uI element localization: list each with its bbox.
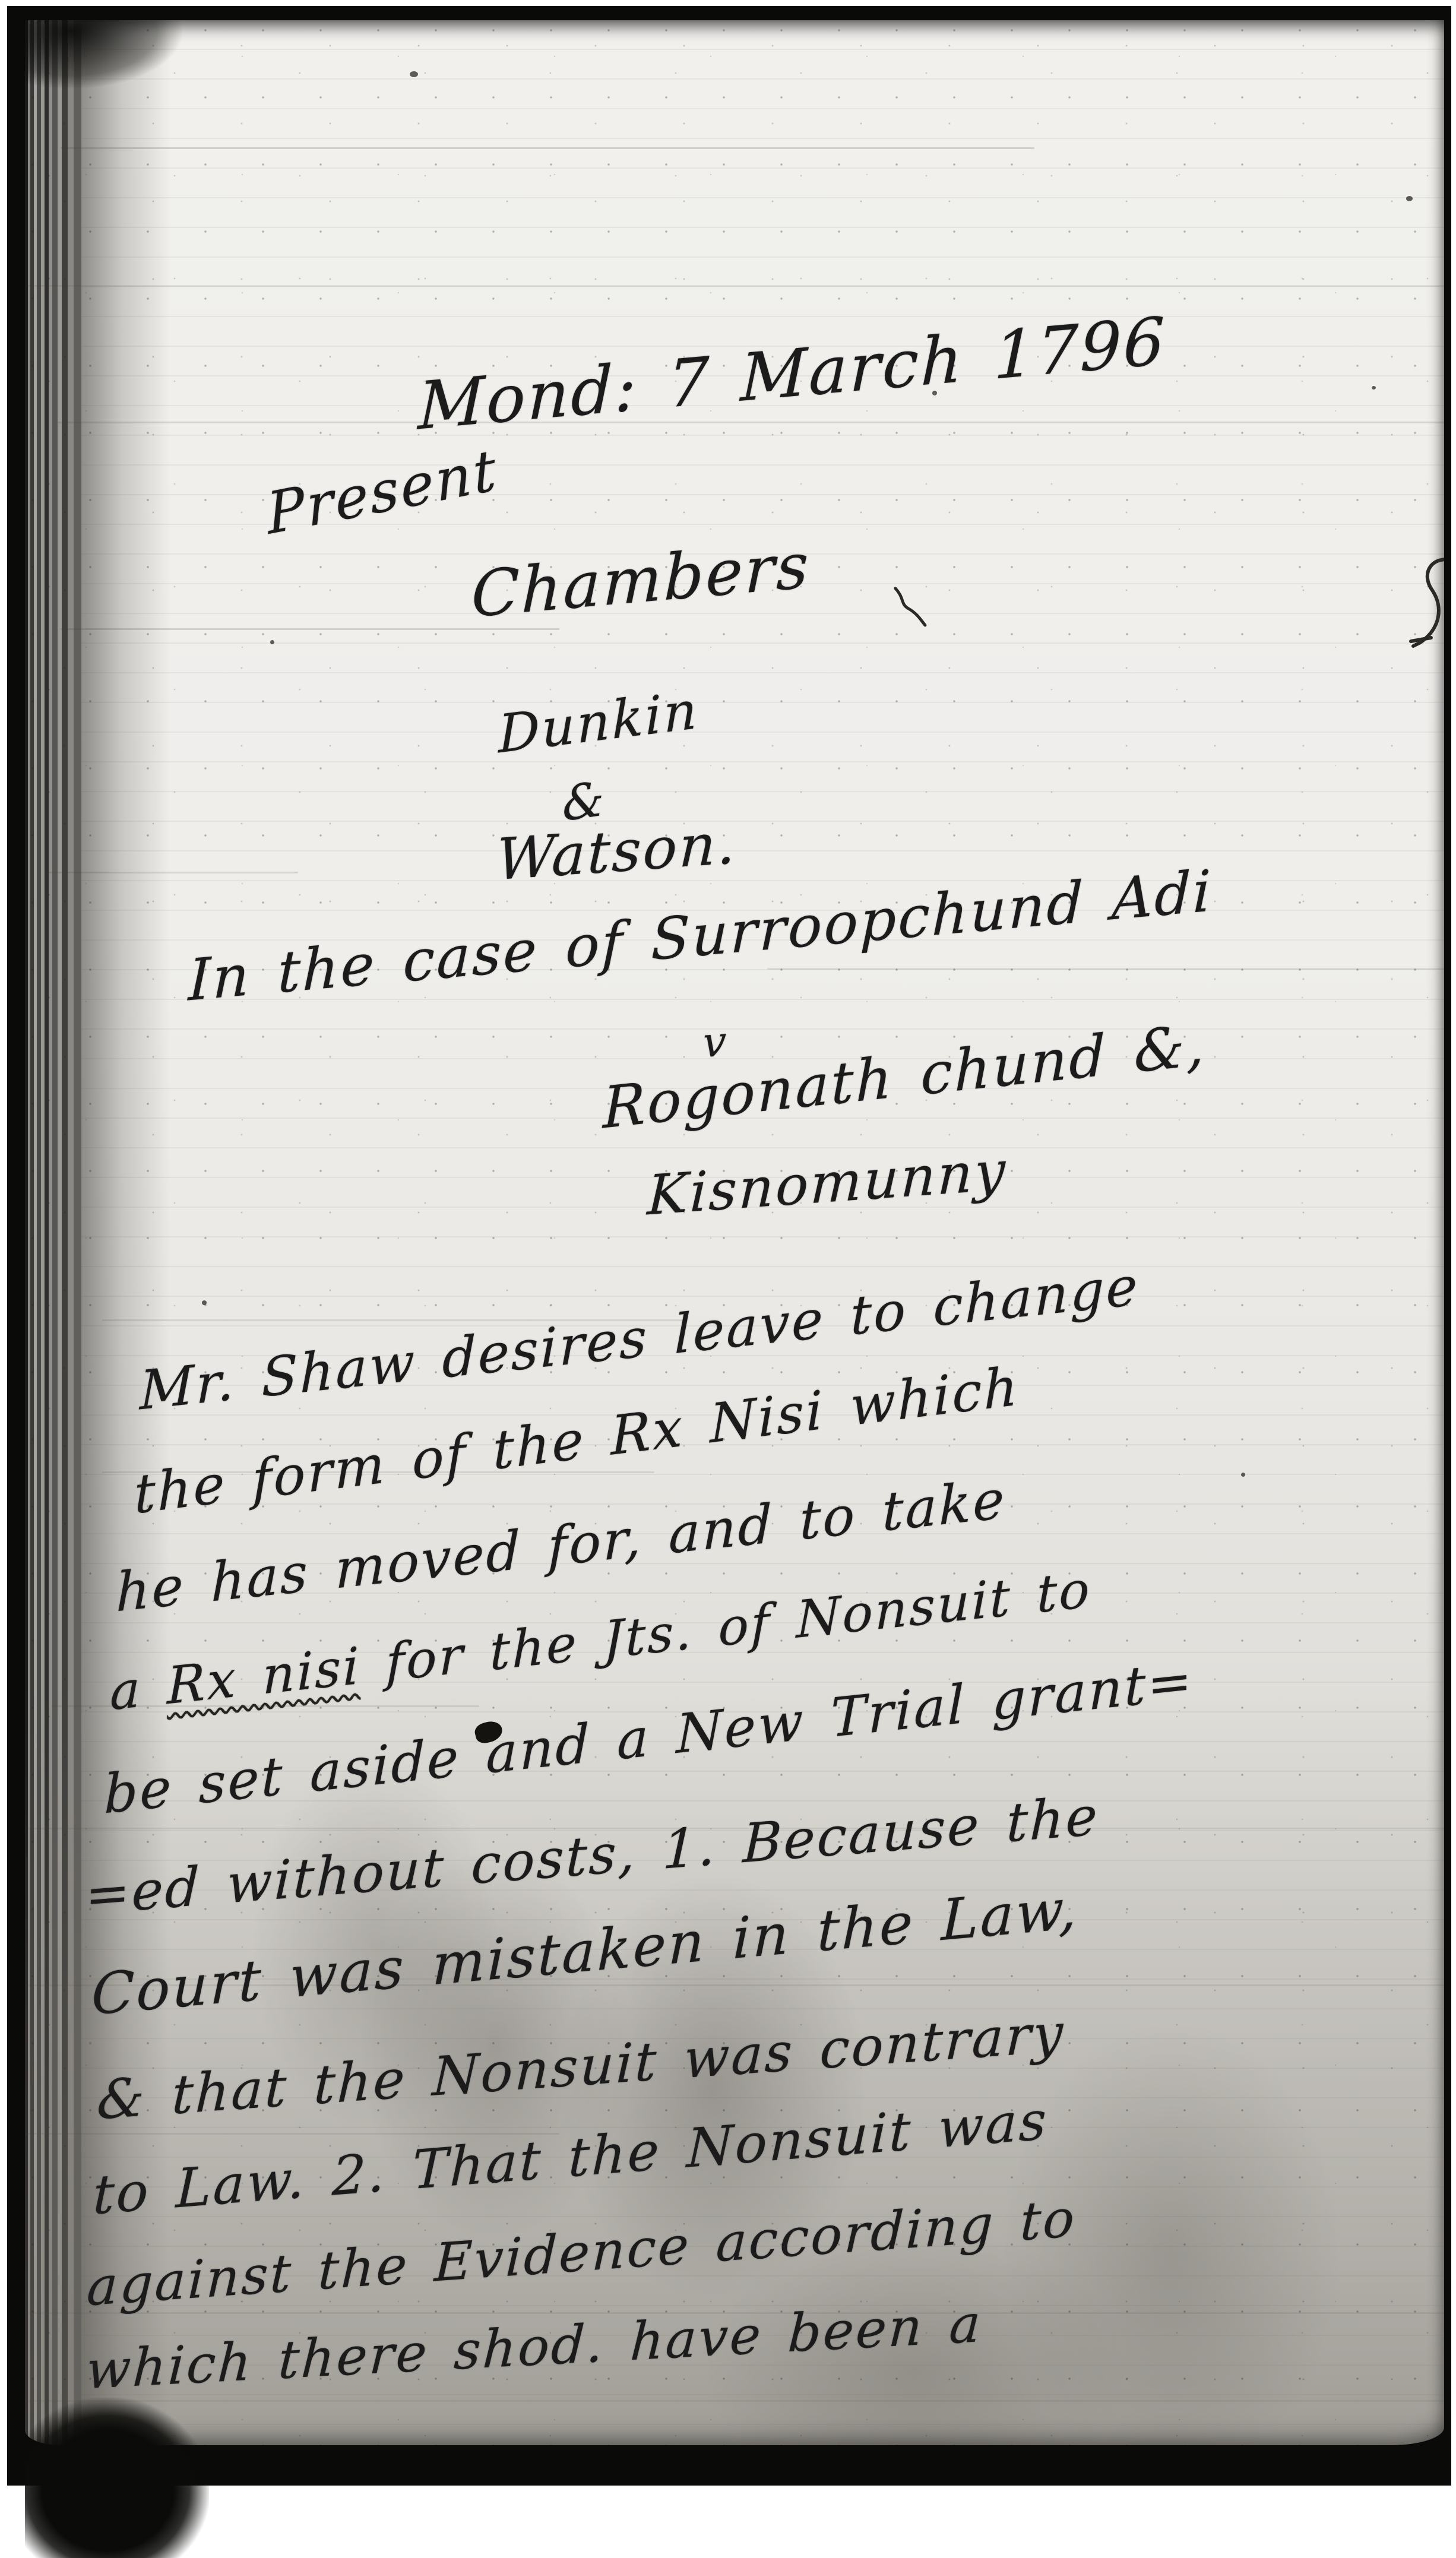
judge-name-chambers: Chambers: [471, 528, 811, 632]
ink-speck: [1406, 196, 1413, 201]
ink-flourish-right-edge: [1408, 552, 1444, 665]
versus-abbreviation: v: [702, 1017, 729, 1067]
photo-frame: Mond: 7 March 1796 Present Chambers Dunk…: [7, 6, 1451, 2486]
scan-streak: [61, 147, 1034, 149]
judge-name-watson: Watson.: [495, 810, 738, 894]
opposing-party-line-2: Kisnomunny: [646, 1139, 1008, 1228]
binding-corner-shadow: [25, 20, 188, 91]
ink-speck: [1241, 1473, 1245, 1477]
ink-speck: [1372, 386, 1376, 390]
opposing-party-line-1: Rogonath chund &,: [603, 1011, 1206, 1141]
judge-name-dunkin: Dunkin: [498, 679, 699, 765]
book-gutter-binding: [25, 20, 81, 2445]
stray-ink-squiggle: [891, 585, 930, 628]
rx-nisi-underlined: Rx nisi: [167, 1636, 360, 1717]
scan-streak: [25, 285, 1444, 287]
scan-streak: [49, 872, 298, 873]
ink-speck: [202, 1300, 207, 1305]
page-corner-shadow-blob: [25, 2398, 209, 2494]
ink-speck: [410, 71, 418, 77]
scan-streak: [25, 2400, 1444, 2402]
case-intro-line: In the case of Surroopchund Adi: [188, 857, 1213, 1014]
body-line-11: which there shod. have been a: [85, 2293, 984, 2401]
ink-speck: [270, 640, 274, 644]
present-label: Present: [264, 436, 500, 548]
scan-streak: [767, 968, 1444, 970]
body-line-4-pre: a: [110, 1657, 167, 1723]
scan-streak: [58, 422, 1444, 423]
manuscript-page: Mond: 7 March 1796 Present Chambers Dunk…: [25, 20, 1444, 2445]
ink-speck: [932, 391, 937, 395]
